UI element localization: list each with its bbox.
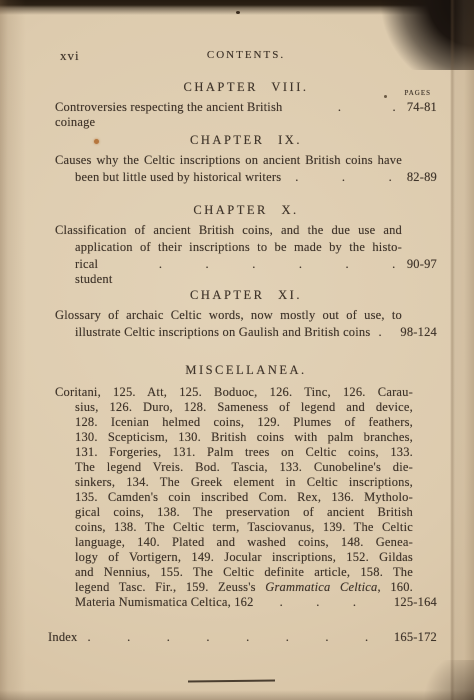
chapter-xi-heading: CHAPTER XI. <box>55 288 437 303</box>
miscellanea-line: and Nennius, 155. The Celtic definite ar… <box>55 565 413 580</box>
page-range: 165-172 <box>394 630 437 645</box>
page-range: 125-164 <box>394 595 437 610</box>
toc-entry-chapter-ix: been but little used by historical write… <box>55 170 437 185</box>
miscellanea-line: language, 140. Plated and washed coins, … <box>55 535 413 550</box>
entry-text: Controversies respecting the ancient Bri… <box>55 100 322 130</box>
miscellanea-line: Coritani, 125. Att, 125. Boduoc, 126. Ti… <box>55 385 413 400</box>
chapter-ix-heading: CHAPTER IX. <box>55 133 437 148</box>
toc-entry-chapter-xi: illustrate Celtic inscriptions on Gaulis… <box>55 325 437 340</box>
miscellanea-line: logy of Vortigern, 149. Jocular inscript… <box>55 550 413 565</box>
binding-gutter-shadow <box>0 0 26 700</box>
line-text: legend Tasc. Fir., 159. Zeuss's <box>75 580 265 594</box>
page-edge-crease <box>450 0 474 700</box>
dot-leader: . . . . . . . . <box>77 630 393 645</box>
page-range: 74-81 <box>395 100 437 115</box>
miscellanea-line: 128. Icenian helmed coins, 129. Plumes o… <box>55 415 413 430</box>
scanned-book-page: xvi CONTENTS. PAGES CHAPTER VIII. Contro… <box>0 0 474 700</box>
toc-entry-line: Classification of ancient British coins,… <box>55 223 402 238</box>
line-text: , 160. <box>377 580 413 594</box>
entry-text: illustrate Celtic inscriptions on Gaulis… <box>75 325 370 340</box>
miscellanea-line: 131. Forgeries, 131. Palm trees on Celti… <box>55 445 413 460</box>
page-range: 82-89 <box>395 170 437 185</box>
toc-entry-line: Causes why the Celtic inscriptions on an… <box>55 153 402 168</box>
end-rule <box>188 680 275 683</box>
toc-entry-line: Glossary of archaic Celtic words, now mo… <box>55 308 402 323</box>
dot-leader: . . <box>322 100 395 115</box>
miscellanea-line: 135. Camden's coin inscribed Com. Rex, 1… <box>55 490 413 505</box>
page-range: 90-97 <box>395 257 437 272</box>
book-title-italic: Grammatica Celtica <box>265 580 377 594</box>
miscellanea-line: sinkers, 134. The Greek element in Celti… <box>55 475 413 490</box>
miscellanea-last-line: Materia Numismatica Celtica, 162 . . . 1… <box>55 595 437 610</box>
entry-text: Index <box>48 630 77 645</box>
entry-text: rical student <box>75 257 139 287</box>
miscellanea-paragraph: Coritani, 125. Att, 125. Boduoc, 126. Ti… <box>55 385 413 595</box>
toc-entry-chapter-x: rical student . . . . . . 90-97 <box>55 257 437 287</box>
miscellanea-line: coins, 138. The Celtic term, Tasciovanus… <box>55 520 413 535</box>
miscellanea-line-italic: legend Tasc. Fir., 159. Zeuss's Grammati… <box>55 580 413 595</box>
entry-text: Materia Numismatica Celtica, 162 <box>75 595 254 610</box>
miscellanea-line: sius, 126. Duro, 128. Sameness of legend… <box>55 400 413 415</box>
dot-leader: . . . <box>254 595 394 610</box>
miscellanea-line: The legend Vreis. Bod. Tascia, 133. Cuno… <box>55 460 413 475</box>
toc-entry-line: application of their inscriptions to be … <box>55 240 402 255</box>
entry-text: been but little used by historical write… <box>75 170 281 185</box>
chapter-viii-heading: CHAPTER VIII. <box>55 80 437 95</box>
page-content: xvi CONTENTS. PAGES CHAPTER VIII. Contro… <box>55 0 437 700</box>
miscellanea-line: 130. Scepticism, 130. British coins with… <box>55 430 413 445</box>
page-range: 98-124 <box>395 325 437 340</box>
miscellanea-heading: MISCELLANEA. <box>55 363 437 378</box>
chapter-x-heading: CHAPTER X. <box>55 203 437 218</box>
toc-entry-chapter-viii: Controversies respecting the ancient Bri… <box>55 100 437 130</box>
miscellanea-line: gical coins, 138. The preservation of an… <box>55 505 413 520</box>
dot-leader: . . . . . . <box>139 257 395 272</box>
dot-leader: . <box>370 325 395 340</box>
running-title: CONTENTS. <box>55 49 437 61</box>
dot-leader: . . . <box>281 170 395 185</box>
toc-entry-index: Index . . . . . . . . 165-172 <box>48 630 437 645</box>
